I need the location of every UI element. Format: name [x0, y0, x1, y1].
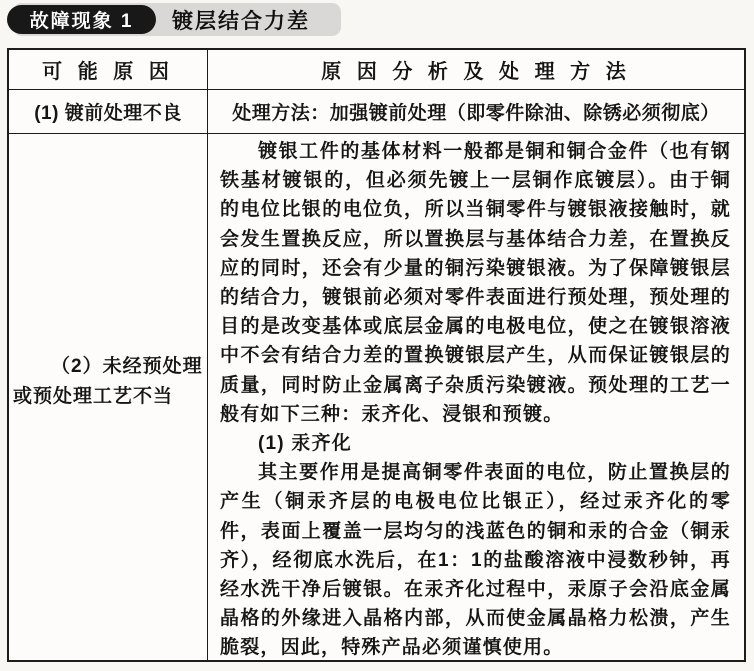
fault-cause-table: 可 能 原 因 原 因 分 析 及 处 理 方 法 (1) 镀前处理不良 处理方…: [7, 48, 746, 662]
analysis-paragraph-2: (1) 汞齐化: [220, 429, 731, 458]
table-row-1-cause: (1) 镀前处理不良: [9, 90, 208, 134]
table-header-analysis: 原 因 分 析 及 处 理 方 法: [208, 50, 744, 90]
table-row-2-cause: （2）未经预处理或预处理工艺不当: [9, 134, 208, 660]
fault-title: 镀层结合力差: [172, 0, 310, 40]
table-row-2-analysis: 镀银工件的基体材料一般都是铜和铜合金件（也有钢铁基材镀银的，但必须先镀上一层铜作…: [208, 134, 744, 660]
fault-badge-label: 故障现象 1: [30, 6, 134, 33]
table-header-cause: 可 能 原 因: [9, 50, 208, 90]
analysis-paragraph-3: 其主要作用是提高铜零件表面的电位，防止置换层的产生（铜汞齐层的电极电位比银正），…: [220, 458, 731, 660]
table-row-2-cause-text: （2）未经预处理或预处理工艺不当: [13, 352, 203, 412]
analysis-paragraph-1: 镀银工件的基体材料一般都是铜和铜合金件（也有钢铁基材镀银的，但必须先镀上一层铜作…: [220, 137, 731, 429]
fault-number-badge: 故障现象 1: [7, 5, 156, 34]
fault-banner: 故障现象 1 镀层结合力差: [0, 0, 754, 42]
table-row-1-analysis: 处理方法：加强镀前处理（即零件除油、除锈必须彻底）: [208, 90, 744, 134]
